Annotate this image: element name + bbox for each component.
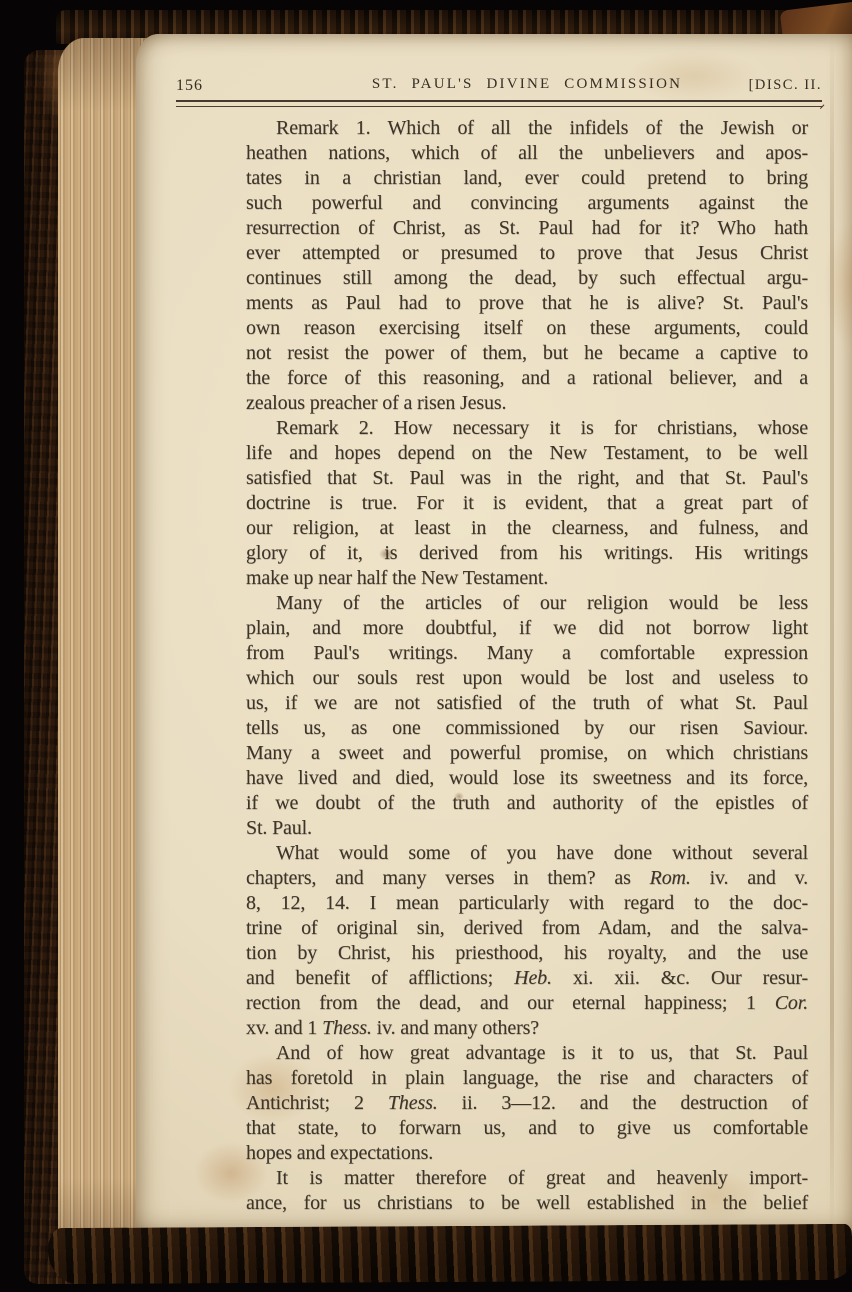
text-line: trine of original sin, derived from Adam… (246, 916, 808, 941)
text-line: hopes and expectations. (246, 1141, 808, 1166)
text-line: the force of this reasoning, and a ratio… (246, 366, 808, 391)
text-line: zealous preacher of a risen Jesus. (246, 391, 808, 416)
text-line: 8, 12, 14. I mean particularly with rega… (246, 891, 808, 916)
text-line: It is matter therefore of great and heav… (246, 1166, 808, 1191)
header-rule (176, 100, 822, 107)
stain (824, 220, 852, 350)
text-line: continues still among the dead, by such … (246, 266, 808, 291)
page-crease (830, 34, 834, 1236)
running-header: 156 ST. PAUL'S DIVINE COMMISSION [DISC. … (246, 76, 808, 98)
text-line: Many of the articles of our religion wou… (246, 591, 808, 616)
text-line: rection from the dead, and our eternal h… (246, 991, 808, 1016)
text-line: ments as Paul had to prove that he is al… (246, 291, 808, 316)
text-line: Antichrist; 2 Thess. ii. 3—12. and the d… (246, 1091, 808, 1116)
text-line: ever attempted or presumed to prove that… (246, 241, 808, 266)
text-line: that state, to forwarn us, and to give u… (246, 1116, 808, 1141)
text-line: not resist the power of them, but he bec… (246, 341, 808, 366)
text-line: have lived and died, would lose its swee… (246, 766, 808, 791)
text-line: Many a sweet and powerful promise, on wh… (246, 741, 808, 766)
text-line: resurrection of Christ, as St. Paul had … (246, 216, 808, 241)
text-line: heathen nations, which of all the unbeli… (246, 141, 808, 166)
page-number: 156 (176, 77, 203, 95)
text-line: St. Paul. (246, 816, 808, 841)
text-line: doctrine is true. For it is evident, tha… (246, 491, 808, 516)
section-label: [DISC. II. (749, 77, 822, 94)
text-line: which our souls rest upon would be lost … (246, 666, 808, 691)
text-line: own reason exercising itself on these ar… (246, 316, 808, 341)
text-line: chapters, and many verses in them? as Ro… (246, 866, 808, 891)
running-title: ST. PAUL'S DIVINE COMMISSION (246, 76, 808, 93)
text-line: Remark 2. How necessary it is for christ… (246, 416, 808, 441)
text-line: tion by Christ, his priesthood, his roya… (246, 941, 808, 966)
text-line: What would some of you have done without… (246, 841, 808, 866)
text-line: our religion, at least in the clearness,… (246, 516, 808, 541)
text-line: tates in a christian land, ever could pr… (246, 166, 808, 191)
text-line: satisfied that St. Paul was in the right… (246, 466, 808, 491)
text-line: and benefit of afflictions; Heb. xi. xii… (246, 966, 808, 991)
text-line: life and hopes depend on the New Testame… (246, 441, 808, 466)
text-line: us, if we are not satisfied of the truth… (246, 691, 808, 716)
text-line: such powerful and convincing arguments a… (246, 191, 808, 216)
text-line: glory of it, is derived from his writing… (246, 541, 808, 566)
book-page: 156 ST. PAUL'S DIVINE COMMISSION [DISC. … (136, 34, 852, 1236)
text-line: from Paul's writings. Many a comfortable… (246, 641, 808, 666)
text-line: ance, for us christians to be well estab… (246, 1191, 808, 1216)
book-photograph: 156 ST. PAUL'S DIVINE COMMISSION [DISC. … (0, 0, 852, 1292)
text-line: has foretold in plain language, the rise… (246, 1066, 808, 1091)
text-line: xv. and 1 Thess. iv. and many others? (246, 1016, 808, 1041)
text-line: Remark 1. Which of all the infidels of t… (246, 116, 808, 141)
text-line: And of how great advantage is it to us, … (246, 1041, 808, 1066)
text-line: make up near half the New Testament. (246, 566, 808, 591)
text-line: tells us, as one commissioned by our ris… (246, 716, 808, 741)
text-line: if we doubt of the truth and authority o… (246, 791, 808, 816)
text-line: plain, and more doubtful, if we did not … (246, 616, 808, 641)
text-body: Remark 1. Which of all the infidels of t… (246, 116, 808, 1216)
book-bottom-edge (48, 1224, 852, 1284)
